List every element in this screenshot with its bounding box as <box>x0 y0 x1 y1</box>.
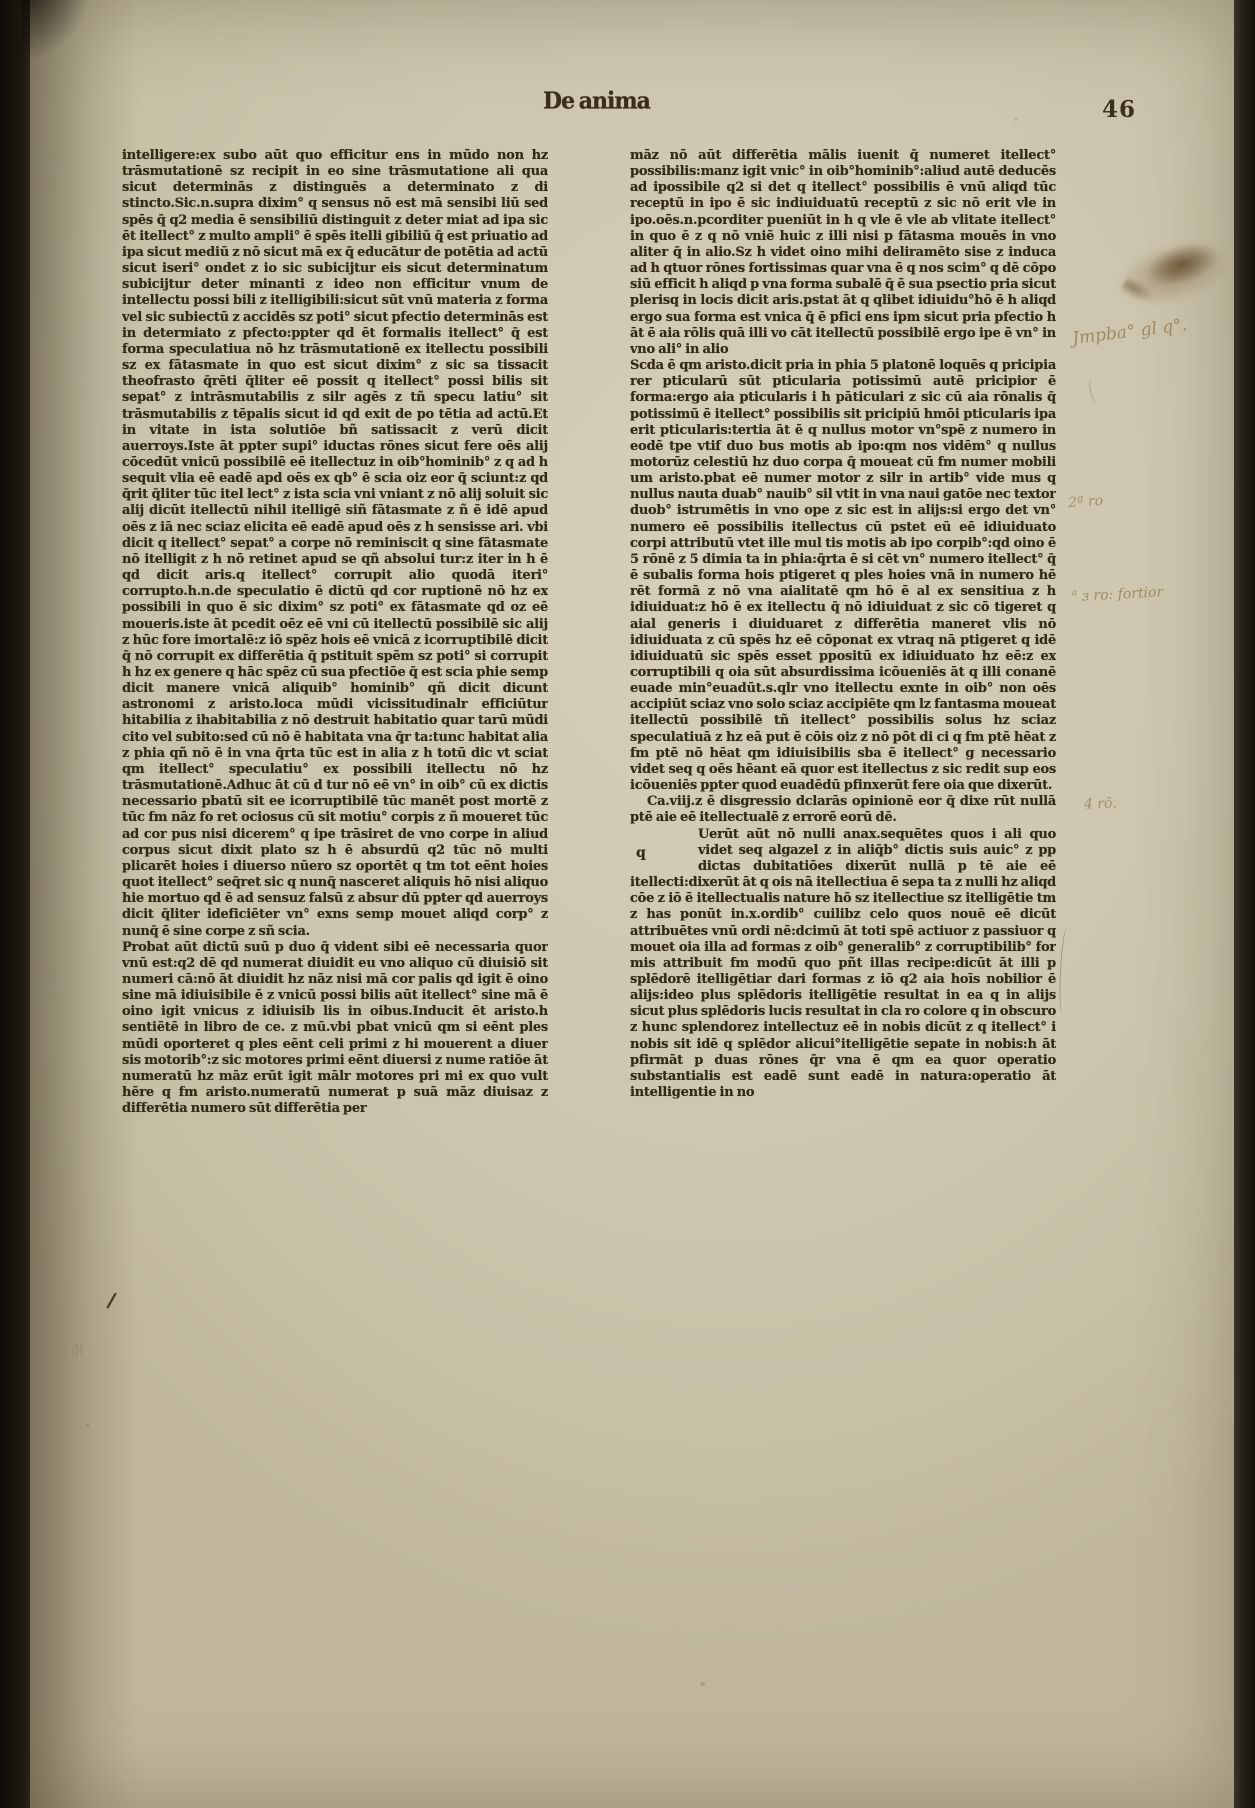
running-title: De anima <box>543 87 743 114</box>
paper-fleck <box>1014 118 1018 121</box>
body-paragraph: Scda ē qm aristo.dicit pria in phia 5 pl… <box>630 358 1056 794</box>
text-column-right: māz nō aūt differētia mālis iuenit q̄ nu… <box>630 148 1056 1610</box>
marginal-annotation-superscript: a <box>1072 588 1078 598</box>
marginal-annotation: 4 rō. <box>1084 795 1117 812</box>
scan-edge-left <box>0 0 30 1808</box>
initial-letter-slot: q <box>630 827 698 860</box>
paper-fleck <box>700 1682 705 1686</box>
body-paragraph: intelligere:ex subo aūt quo efficitur en… <box>122 148 548 940</box>
body-paragraph: Probat aūt dictū suū p duo q̄ vident sib… <box>122 940 548 1118</box>
initial-guide-letter: q <box>636 845 646 861</box>
marginal-annotation: 2ª ro <box>1067 493 1103 511</box>
scanned-book-page: De anima 46 intelligere:ex subo aūt quo … <box>0 0 1255 1808</box>
scan-corner-shadow <box>22 0 92 62</box>
body-paragraph-text: Uerūt aūt nō nulli anax.sequētes quos i … <box>630 827 1056 1101</box>
text-column-left: intelligere:ex subo aūt quo efficitur en… <box>122 148 548 1610</box>
body-paragraph-with-initial: qUerūt aūt nō nulli anax.sequētes quos i… <box>630 827 1056 1102</box>
paper-fleck <box>86 1424 89 1427</box>
chapter-rubric: Ca.viij.z ē disgressio dclarās opinionē … <box>630 794 1056 826</box>
folio-number: 46 <box>1102 96 1136 123</box>
body-paragraph: māz nō aūt differētia mālis iuenit q̄ nu… <box>630 148 1056 358</box>
